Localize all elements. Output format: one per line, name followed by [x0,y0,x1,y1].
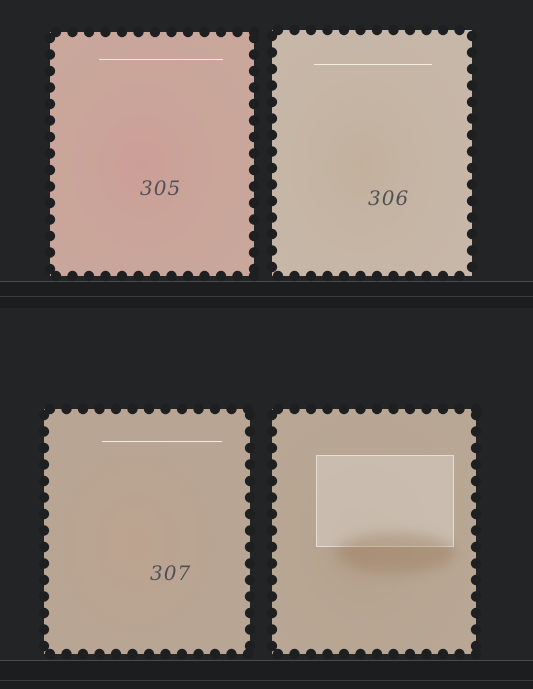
pencil-note: 306 [368,186,409,210]
pencil-note: 307 [150,561,191,585]
stock-strip-line [0,296,533,297]
perforated-stamp-shape [266,24,478,282]
stock-strip-bottom [0,660,533,689]
pencil-note: 305 [140,176,181,200]
stamp-1: 305 [44,26,260,282]
stamp-2: 306 [266,24,478,282]
stock-strip-line [0,680,533,681]
hinge-remnant [102,441,222,442]
stock-strip-top [0,281,533,308]
stamp-3: 307 [38,403,256,660]
hinge-remnant [99,59,223,60]
stamp-4 [266,403,482,660]
perforated-stamp-shape [44,26,260,282]
stain [336,533,456,573]
hinge-remnant [314,64,432,65]
